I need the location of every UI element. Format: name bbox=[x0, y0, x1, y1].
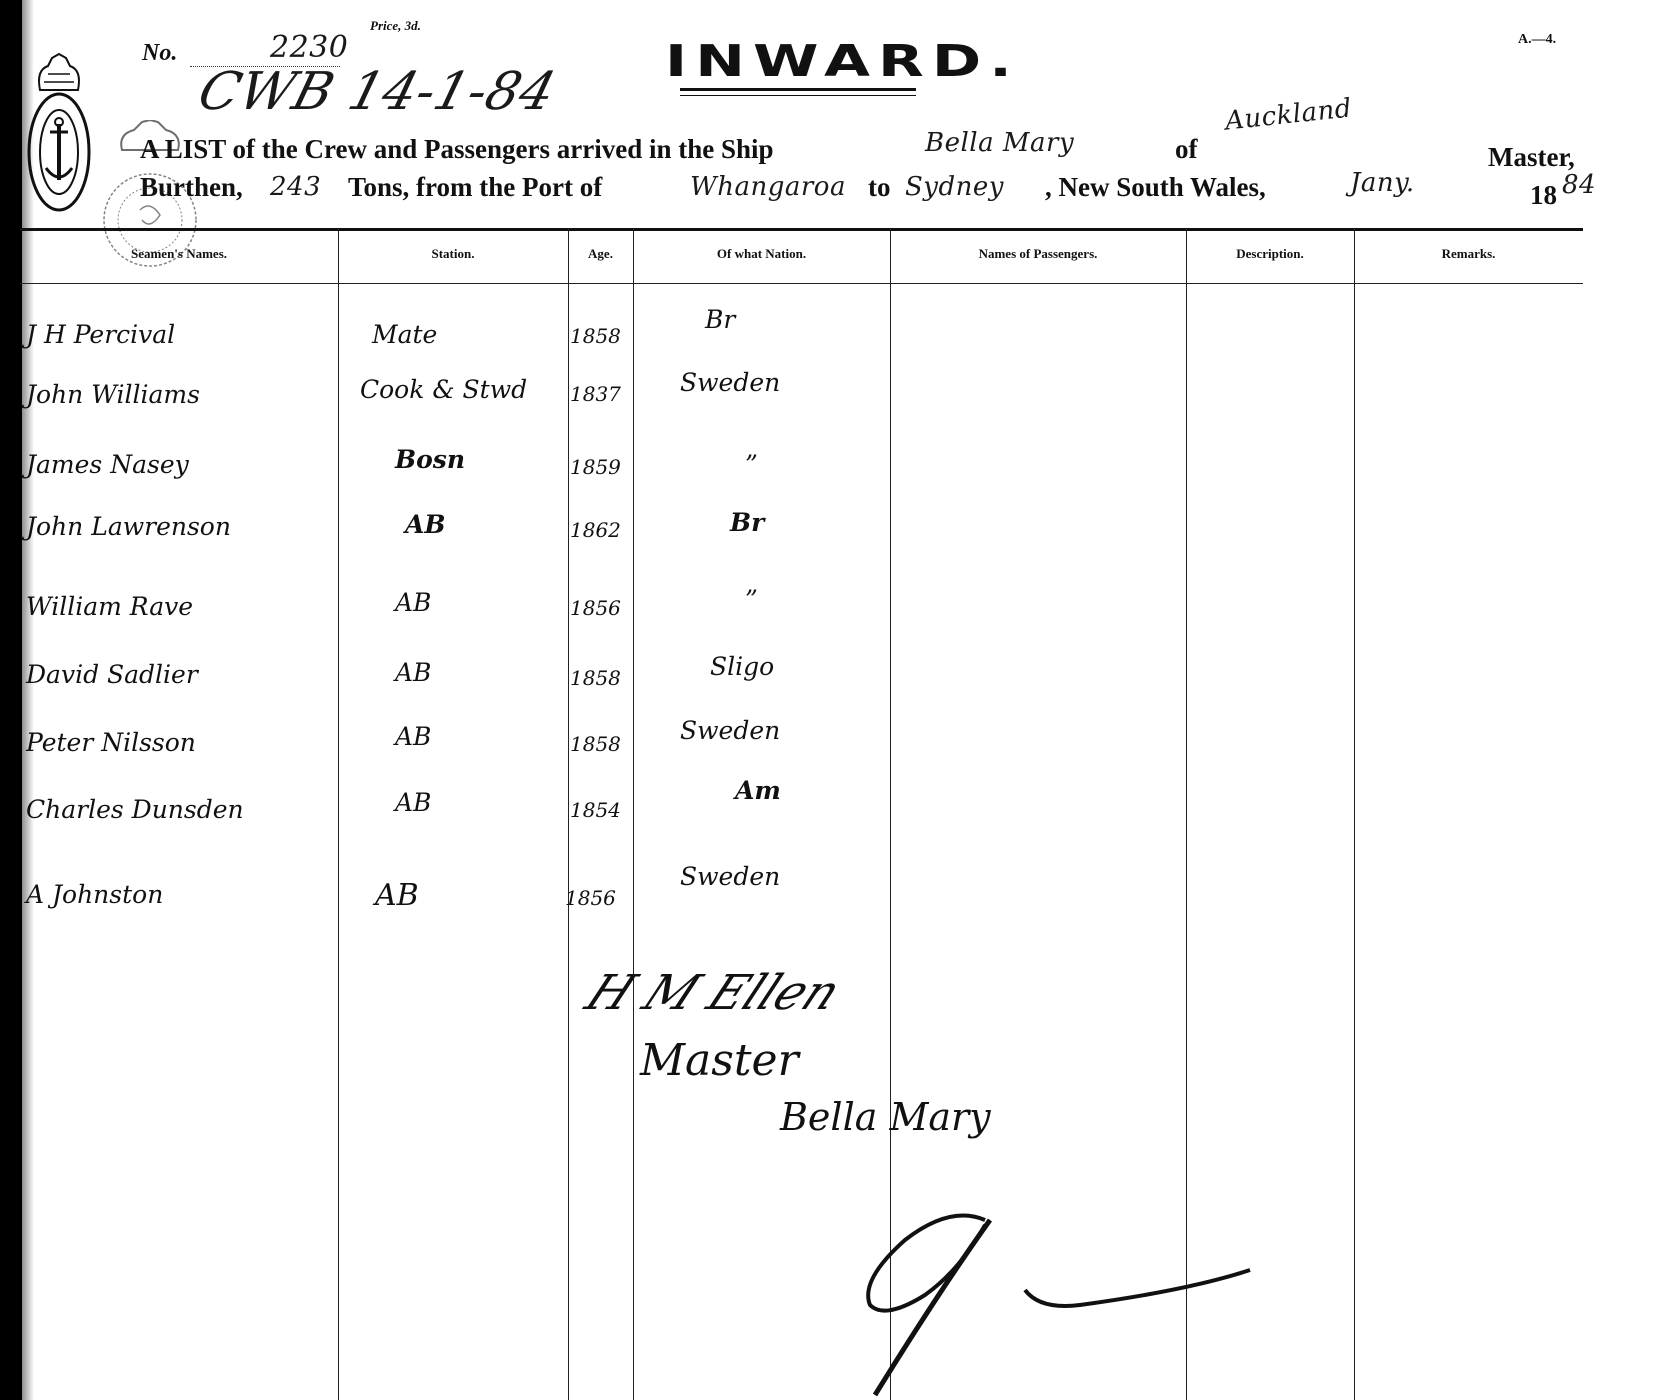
column-divider bbox=[338, 228, 339, 1400]
arrival-port: Sydney bbox=[905, 172, 1004, 202]
seaman-station: AB bbox=[395, 722, 431, 751]
heading-line-2: Burthen, bbox=[140, 172, 243, 203]
column-header-remarks: Remarks. bbox=[1354, 246, 1583, 262]
seaman-name: John Lawrenson bbox=[26, 512, 231, 541]
form-number-value: 2230 bbox=[270, 30, 348, 65]
seaman-station: AB bbox=[395, 588, 431, 617]
tons-from-port-label: Tons, from the Port of bbox=[348, 172, 602, 203]
seaman-age: 1854 bbox=[570, 798, 621, 822]
form-title: INWARD. bbox=[665, 36, 1020, 87]
heading-line-1: A LIST of the Crew and Passengers arrive… bbox=[140, 134, 774, 165]
seaman-nation: Sweden bbox=[680, 716, 780, 745]
seaman-station: AB bbox=[405, 510, 446, 539]
departure-port: Whangaroa bbox=[690, 172, 846, 202]
seaman-station: Mate bbox=[372, 320, 437, 349]
table-top-rule bbox=[20, 228, 1583, 231]
form-code: A.—4. bbox=[1518, 32, 1556, 48]
title-underline bbox=[680, 88, 916, 96]
ship-home-port: Auckland bbox=[1224, 93, 1353, 136]
seaman-name: John Williams bbox=[26, 380, 200, 409]
seaman-age: 1859 bbox=[570, 455, 621, 479]
master-signature: H M Ellen bbox=[577, 965, 850, 1021]
to-label: to bbox=[868, 172, 891, 203]
seaman-age: 1837 bbox=[570, 382, 621, 406]
seaman-nation: Sweden bbox=[680, 368, 780, 397]
shipping-masters-department-seal-icon bbox=[26, 52, 92, 212]
nsw-label: , New South Wales, bbox=[1045, 172, 1266, 203]
handwritten-date-stamp: CWB 14-1-84 bbox=[192, 62, 562, 122]
seaman-name: David Sadlier bbox=[26, 660, 198, 689]
seaman-name: Charles Dunsden bbox=[26, 795, 244, 824]
seaman-nation: Br bbox=[705, 305, 735, 334]
year-suffix: 84 bbox=[1562, 170, 1596, 200]
seaman-nation: Sligo bbox=[710, 652, 774, 681]
table-header-rule bbox=[20, 283, 1583, 284]
column-header-seamens-names: Seamen's Names. bbox=[20, 246, 338, 262]
seaman-name: James Nasey bbox=[26, 450, 189, 479]
list-heading-text: A LIST of the Crew and Passengers arrive… bbox=[140, 134, 774, 164]
column-header-station: Station. bbox=[338, 246, 568, 262]
seaman-nation: Br bbox=[730, 508, 764, 537]
seaman-nation: ” bbox=[745, 585, 758, 614]
seaman-name: Peter Nilsson bbox=[26, 728, 196, 757]
seaman-station: AB bbox=[395, 658, 431, 687]
column-header-nation: Of what Nation. bbox=[633, 246, 890, 262]
arrival-month: Jany. bbox=[1350, 168, 1415, 198]
ship-name: Bella Mary bbox=[925, 128, 1074, 158]
column-divider bbox=[633, 228, 634, 1400]
initial-flourish-icon bbox=[810, 1200, 1350, 1400]
column-header-description: Description. bbox=[1186, 246, 1354, 262]
column-header-passenger-names: Names of Passengers. bbox=[890, 246, 1186, 262]
seaman-age: 1858 bbox=[570, 732, 621, 756]
column-header-age: Age. bbox=[568, 246, 633, 262]
burthen-tons-value: 243 bbox=[270, 172, 321, 202]
seaman-name: J H Percival bbox=[26, 320, 175, 349]
seaman-name: A Johnston bbox=[26, 880, 163, 909]
column-divider bbox=[1354, 228, 1355, 1400]
price-label: Price, 3d. bbox=[370, 18, 421, 34]
master-label: Master, bbox=[1488, 142, 1575, 173]
signature-ship-name: Bella Mary bbox=[780, 1095, 991, 1139]
seaman-age: 1858 bbox=[570, 324, 621, 348]
seaman-station: Bosn bbox=[395, 445, 465, 474]
seaman-station: Cook & Stwd bbox=[360, 375, 527, 404]
seaman-nation: ” bbox=[745, 450, 758, 479]
seaman-station: AB bbox=[375, 878, 419, 913]
seaman-name: William Rave bbox=[26, 592, 193, 621]
form-number-label: No. bbox=[142, 40, 177, 67]
seaman-age: 1862 bbox=[570, 518, 621, 542]
seaman-nation: Sweden bbox=[680, 862, 780, 891]
burthen-label: Burthen, bbox=[140, 172, 243, 202]
seaman-nation: Am bbox=[735, 776, 781, 805]
seaman-age: 1858 bbox=[570, 666, 621, 690]
master-title: Master bbox=[640, 1035, 799, 1086]
seaman-age: 1856 bbox=[570, 596, 621, 620]
column-divider bbox=[568, 228, 569, 1400]
of-label: of bbox=[1175, 134, 1198, 165]
year-prefix: 18 bbox=[1530, 180, 1557, 211]
scan-edge-shadow bbox=[0, 0, 22, 1400]
seaman-age: 1856 bbox=[565, 886, 616, 910]
seaman-station: AB bbox=[395, 788, 431, 817]
